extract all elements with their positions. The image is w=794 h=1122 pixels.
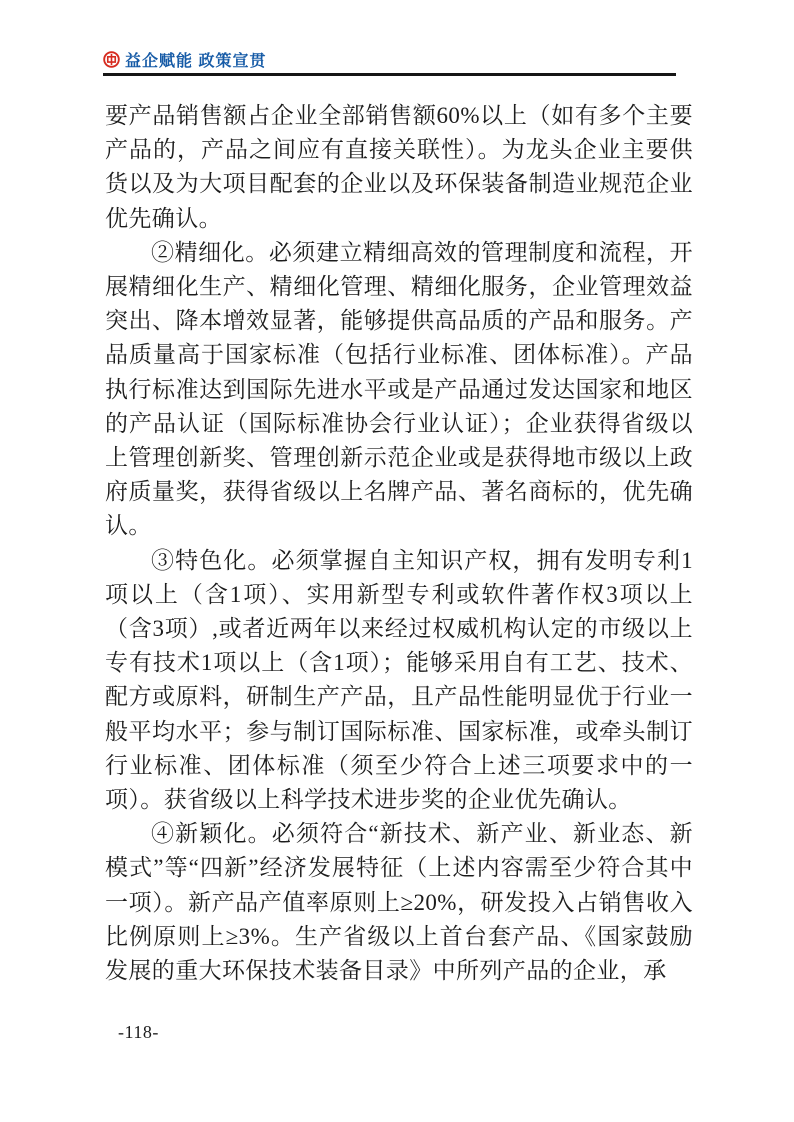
page-header: 益企赋能 政策宣贯 xyxy=(103,50,676,76)
paragraph-continuation: 要产品销售额占企业全部销售额60%以上（如有多个主要产品的，产品之间应有直接关联… xyxy=(105,99,693,236)
brand-row: 益企赋能 政策宣贯 xyxy=(103,50,676,68)
circled-zhong-icon xyxy=(103,51,120,68)
page-footer: -118- xyxy=(118,1022,159,1043)
paragraph-novelty: ④新颖化。必须符合“新技术、新产业、新业态、新模式”等“四新”经济发展特征（上述… xyxy=(105,817,693,988)
document-body: 要产品销售额占企业全部销售额60%以上（如有多个主要产品的，产品之间应有直接关联… xyxy=(105,99,693,988)
brand-title: 益企赋能 政策宣贯 xyxy=(125,48,266,71)
paragraph-specialization: ③特色化。必须掌握自主知识产权，拥有发明专利1项以上（含1项）、实用新型专利或软… xyxy=(105,544,693,818)
header-divider xyxy=(103,73,676,76)
page-number: -118- xyxy=(118,1022,159,1042)
document-page: 益企赋能 政策宣贯 要产品销售额占企业全部销售额60%以上（如有多个主要产品的，… xyxy=(0,0,794,1122)
paragraph-refinement: ②精细化。必须建立精细高效的管理制度和流程，开展精细化生产、精细化管理、精细化服… xyxy=(105,236,693,544)
